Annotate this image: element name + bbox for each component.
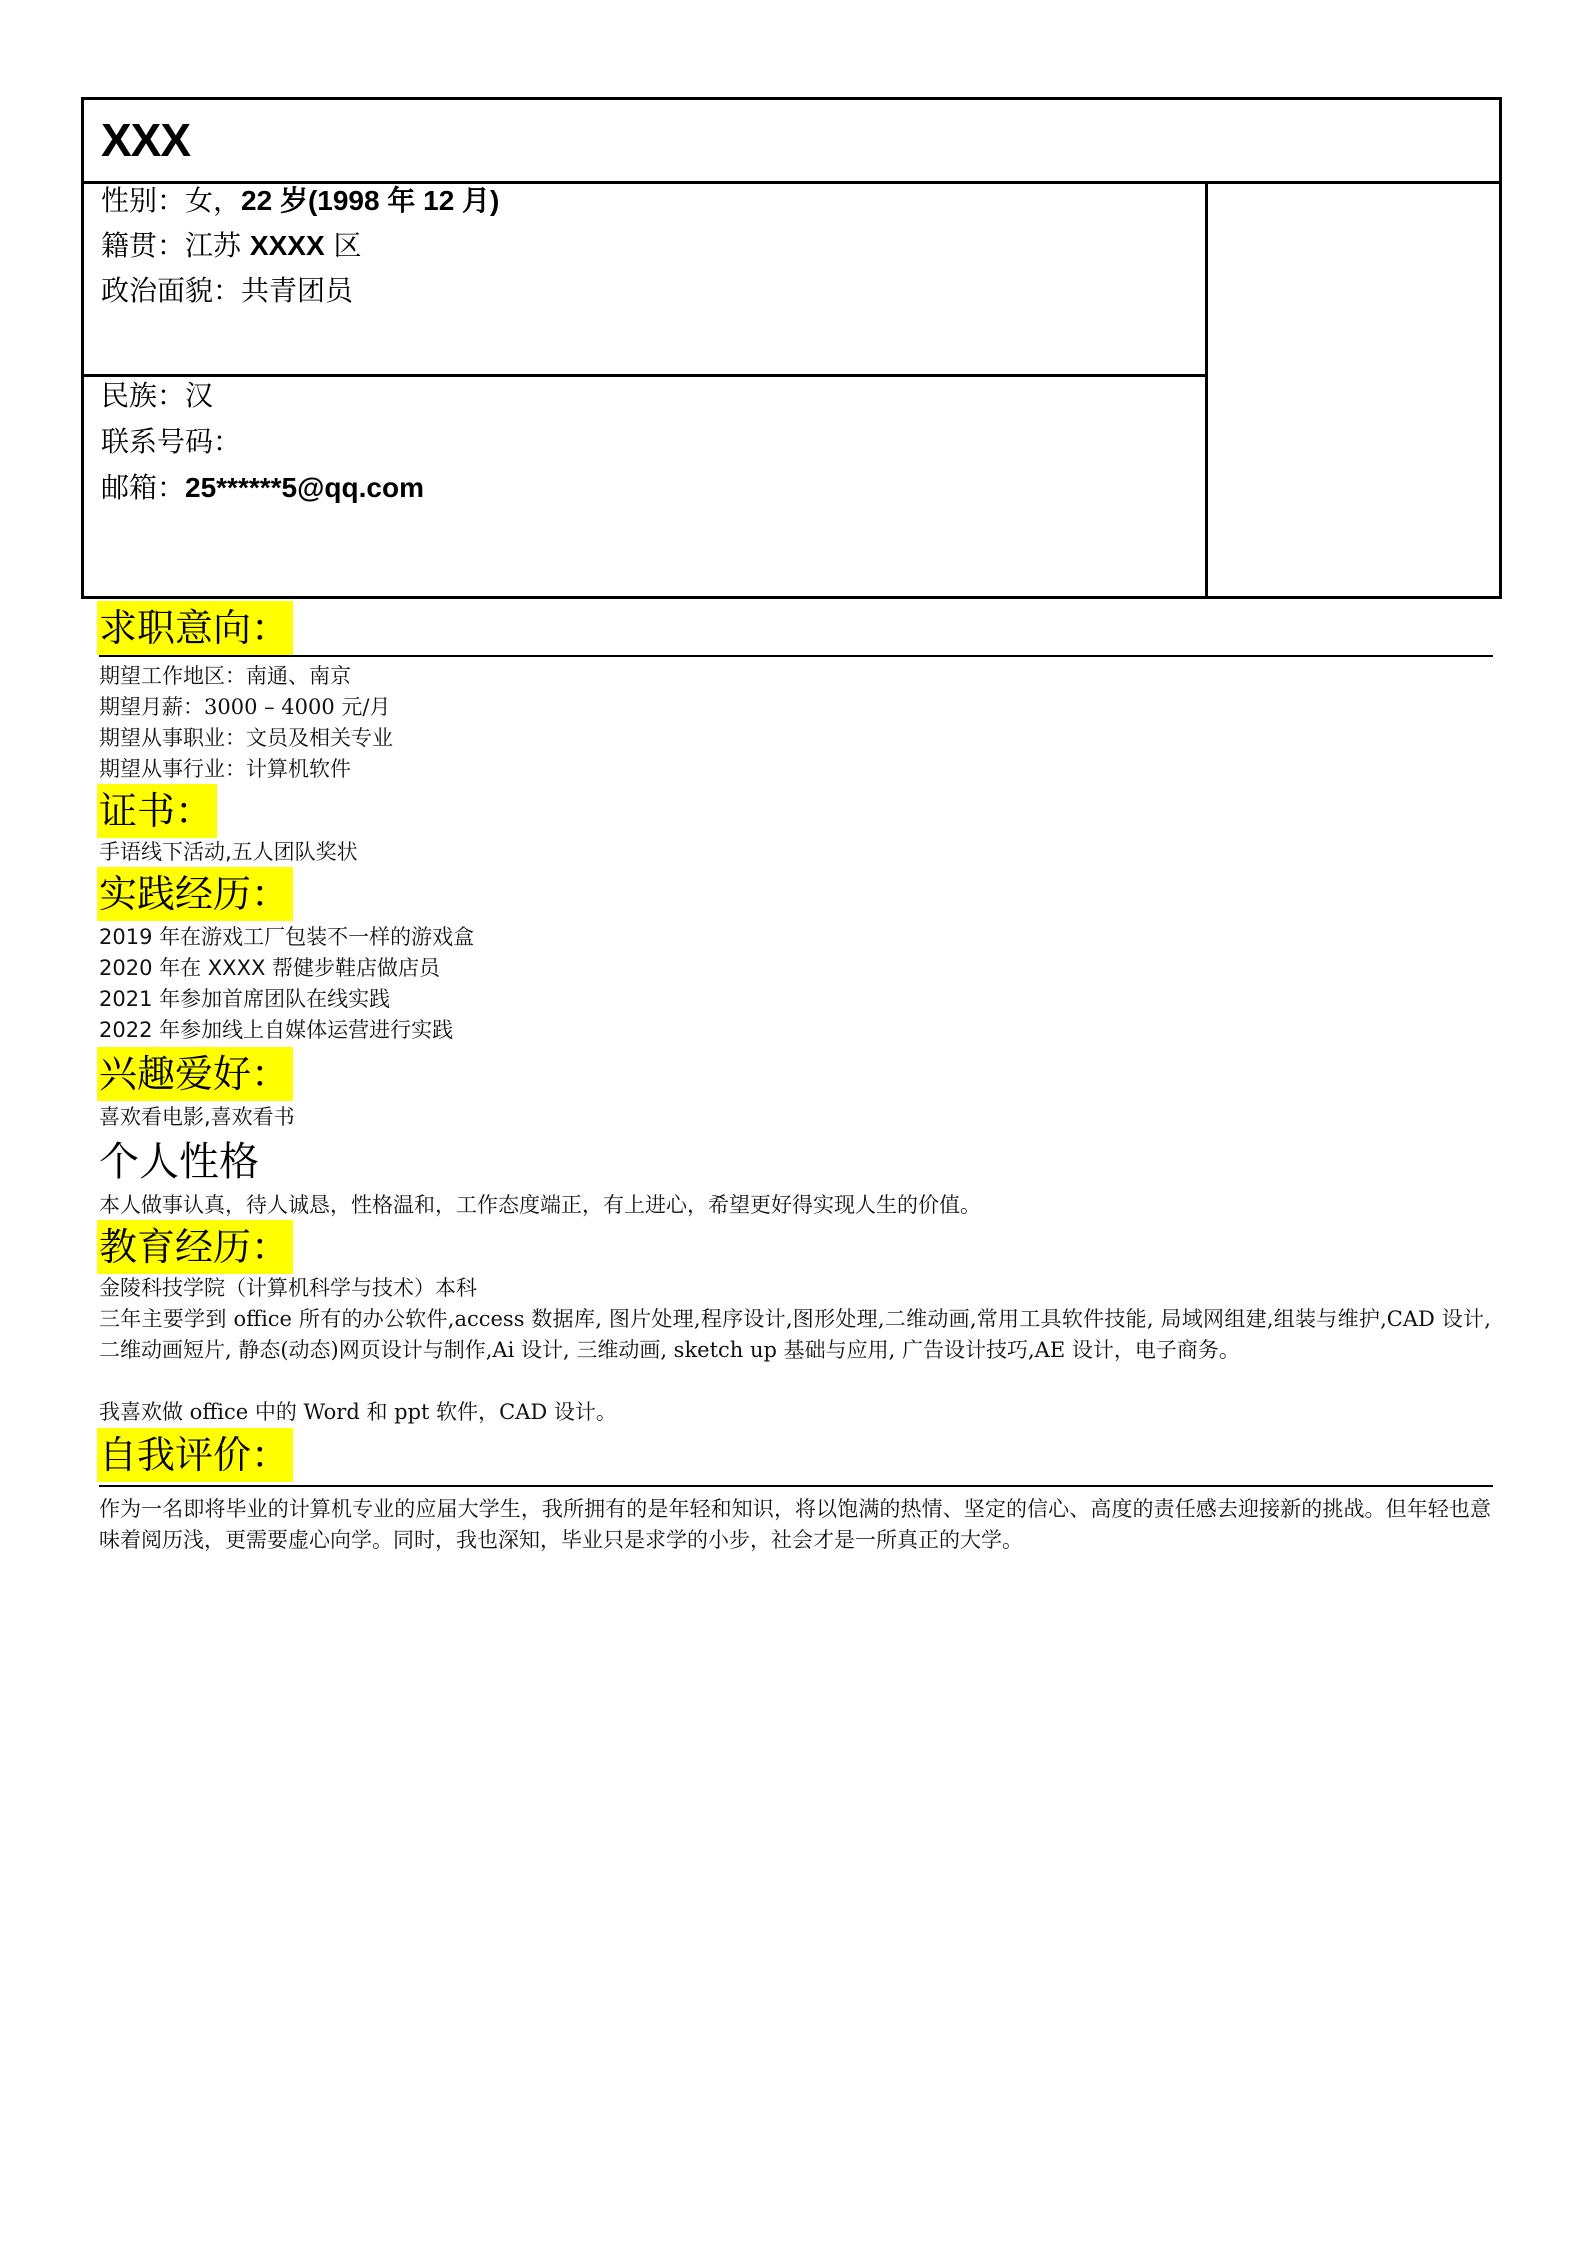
personal-info-table: XXX 性别：女，22 岁(1998 年 12 月) 籍贯：江苏 XXXX 区 … bbox=[81, 97, 1502, 599]
self-evaluation-text: 作为一名即将毕业的计算机专业的应届大学生，我所拥有的是年轻和知识，将以饱满的热情… bbox=[99, 1494, 1491, 1556]
ethnicity-label: 民族： bbox=[101, 379, 185, 412]
ethnicity-line: 民族：汉 bbox=[101, 379, 213, 413]
practice-item: 2021 年参加首席团队在线实践 bbox=[99, 984, 390, 1015]
gender-age-line: 性别：女，22 岁(1998 年 12 月) bbox=[101, 184, 499, 218]
section-title-practice: 实践经历： bbox=[97, 867, 293, 921]
section-title-education: 教育经历： bbox=[97, 1220, 293, 1274]
job-position: 期望从事职业：文员及相关专业 bbox=[99, 723, 393, 754]
job-salary: 期望月薪：3000 – 4000 元/月 bbox=[99, 692, 391, 723]
candidate-name: XXX bbox=[101, 114, 190, 166]
education-school: 金陵科技学院（计算机科学与技术）本科 bbox=[99, 1273, 477, 1304]
section-title-job-intention: 求职意向： bbox=[97, 601, 293, 655]
practice-item: 2022 年参加线上自媒体运营进行实践 bbox=[99, 1015, 453, 1046]
section-title-self-evaluation: 自我评价： bbox=[97, 1428, 293, 1482]
photo-placeholder bbox=[1208, 181, 1499, 596]
phone-line: 联系号码： bbox=[101, 425, 241, 459]
hometown-label: 籍贯： bbox=[101, 229, 185, 262]
hometown-province: 江苏 bbox=[185, 229, 250, 262]
section-title-personality: 个人性格 bbox=[99, 1137, 259, 1187]
section-divider bbox=[99, 1485, 1493, 1487]
basic-info-cell: 性别：女，22 岁(1998 年 12 月) 籍贯：江苏 XXXX 区 政治面貌… bbox=[84, 181, 1208, 377]
gender-value: 女， bbox=[185, 184, 241, 217]
political-status-label: 政治面貌： bbox=[101, 274, 241, 307]
age-value: 22 岁(1998 年 12 月) bbox=[241, 185, 499, 216]
political-status-line: 政治面貌：共青团员 bbox=[101, 274, 353, 308]
practice-item: 2019 年在游戏工厂包装不一样的游戏盒 bbox=[99, 922, 474, 953]
section-divider bbox=[99, 655, 1493, 657]
hobbies-item: 喜欢看电影,喜欢看书 bbox=[99, 1102, 295, 1133]
name-row: XXX bbox=[84, 100, 1499, 184]
email-line: 邮箱：25******5@qq.com bbox=[101, 471, 424, 505]
job-industry: 期望从事行业：计算机软件 bbox=[99, 754, 351, 785]
practice-item: 2020 年在 XXXX 帮健步鞋店做店员 bbox=[99, 953, 440, 984]
section-title-hobbies: 兴趣爱好： bbox=[97, 1047, 293, 1101]
email-label: 邮箱： bbox=[101, 471, 185, 504]
contact-info-cell: 民族：汉 联系号码： 邮箱：25******5@qq.com bbox=[84, 377, 1208, 596]
hometown-line: 籍贯：江苏 XXXX 区 bbox=[101, 229, 362, 263]
personality-text: 本人做事认真，待人诚恳，性格温和，工作态度端正，有上进心，希望更好得实现人生的价… bbox=[99, 1190, 981, 1221]
hometown-city: XXXX bbox=[250, 230, 325, 261]
hometown-suffix: 区 bbox=[325, 229, 362, 262]
gender-label: 性别： bbox=[101, 184, 185, 217]
certificate-item: 手语线下活动,五人团队奖状 bbox=[99, 837, 358, 868]
political-status-value: 共青团员 bbox=[241, 274, 353, 307]
section-title-certificates: 证书： bbox=[97, 784, 217, 838]
resume-page: XXX 性别：女，22 岁(1998 年 12 月) 籍贯：江苏 XXXX 区 … bbox=[0, 0, 1587, 2245]
ethnicity-value: 汉 bbox=[185, 379, 213, 412]
phone-label: 联系号码： bbox=[101, 425, 241, 458]
education-preference: 我喜欢做 office 中的 Word 和 ppt 软件，CAD 设计。 bbox=[99, 1397, 617, 1428]
job-location: 期望工作地区：南通、南京 bbox=[99, 661, 351, 692]
education-courses: 三年主要学到 office 所有的办公软件,access 数据库, 图片处理,程… bbox=[99, 1304, 1491, 1366]
email-value: 25******5@qq.com bbox=[185, 472, 424, 503]
